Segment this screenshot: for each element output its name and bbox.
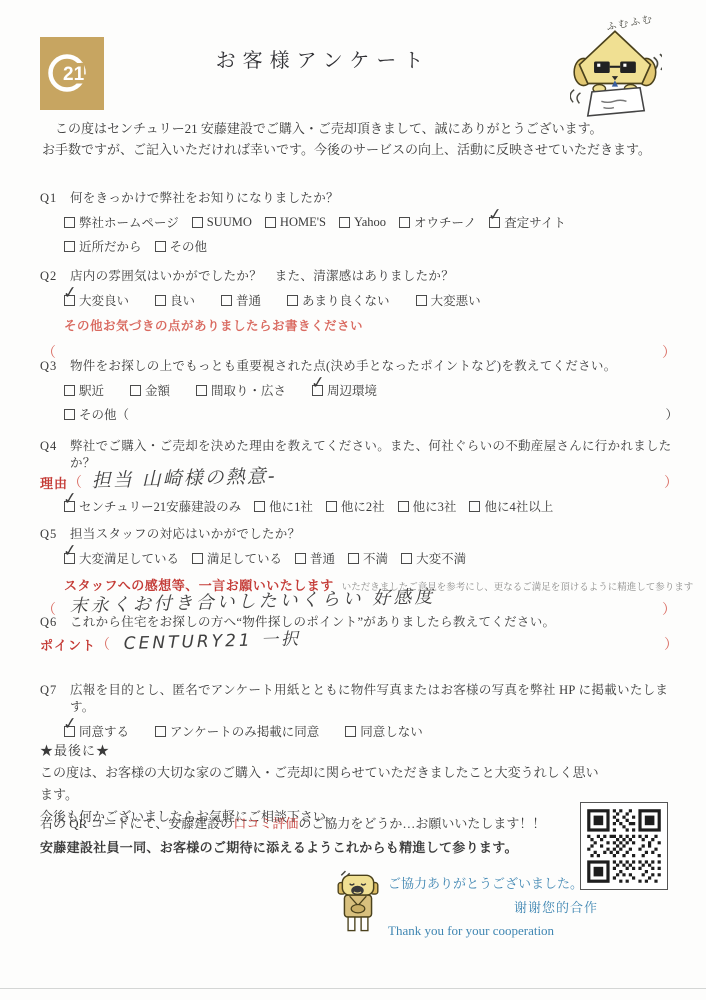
open-paren: （ — [117, 405, 130, 423]
checkbox[interactable] — [399, 217, 410, 228]
thanks-block: ご協力ありがとうございました。 谢谢您的合作 Thank you for you… — [388, 872, 598, 943]
option-3-other[interactable]: 他に3社 — [398, 497, 457, 515]
option-label: Yahoo — [354, 215, 386, 230]
option-suumo[interactable]: SUUMO — [192, 213, 252, 231]
option-price[interactable]: 金額 — [130, 381, 170, 399]
question-q4: Q4 弊社でご購入・ご売却を決めた理由を教えてください。また、何社ぐらいの不動産… — [40, 438, 678, 515]
option-layout[interactable]: 間取り・広さ — [196, 381, 286, 399]
checkbox[interactable] — [312, 385, 323, 396]
option-near-station[interactable]: 駅近 — [64, 381, 104, 399]
thanks-english: Thank you for your cooperation — [388, 919, 598, 943]
question-number: Q4 — [40, 438, 70, 472]
option-not-so-good[interactable]: あまり良くない — [287, 291, 390, 309]
option-surroundings[interactable]: 周辺環境 — [312, 381, 377, 399]
option-label: 同意する — [79, 722, 129, 740]
intro-paragraph: この度はセンチュリー21 安藤建設でご購入・ご売却頂きまして、誠にありがとうござ… — [42, 118, 672, 160]
checkbox[interactable] — [64, 295, 75, 306]
option-label: 大変不満 — [416, 549, 466, 567]
close-paren: ） — [664, 637, 678, 655]
checkbox[interactable] — [155, 241, 166, 252]
qr-line-pre: 右の QR コードにて、安藤建設の — [40, 816, 233, 831]
option-homes[interactable]: HOME'S — [265, 213, 326, 231]
option-very-dissatisfied[interactable]: 大変不満 — [401, 549, 466, 567]
option-label: 普通 — [310, 549, 335, 567]
review-highlight: 口コミ評価 — [233, 816, 298, 831]
option-very-bad[interactable]: 大変悪い — [416, 291, 481, 309]
question-text: 広報を目的とし、匿名でアンケート用紙とともに物件写真またはお客様の写真を弊社 H… — [70, 682, 678, 716]
question-text: 何をきっかけで弊社をお知りになりましたか？ — [70, 190, 339, 207]
point-field: ポイント （ CENTURY21 一択 ） — [40, 637, 678, 655]
point-label: ポイント — [40, 637, 96, 655]
option-disagree[interactable]: 同意しない — [345, 722, 423, 740]
question-text: 担当スタッフの対応はいかがでしたか？ — [70, 526, 300, 543]
option-label: 査定サイト — [504, 213, 566, 231]
close-paren: ） — [664, 475, 678, 493]
checkbox[interactable] — [345, 726, 356, 737]
option-label: 弊社ホームページ — [79, 213, 179, 231]
question-number: Q3 — [40, 358, 70, 375]
reason-field: 理由 （ 担当 山崎様の熱意- ） — [40, 475, 678, 493]
option-label: あまり良くない — [302, 291, 390, 309]
checkbox[interactable] — [348, 553, 359, 564]
question-text: 物件をお探しの上でもっとも重要視された点(決め手となったポイントなど)を教えてく… — [70, 358, 617, 375]
option-normal[interactable]: 普通 — [221, 291, 261, 309]
thanks-chinese: 谢谢您的合作 — [388, 896, 598, 920]
option-yahoo[interactable]: Yahoo — [339, 213, 386, 231]
option-label: 間取り・広さ — [211, 381, 286, 399]
option-label: 同意しない — [360, 722, 423, 740]
checkbox[interactable] — [192, 217, 203, 228]
option-dissatisfied[interactable]: 不満 — [348, 549, 388, 567]
option-label: 満足している — [207, 549, 282, 567]
checkbox[interactable] — [64, 501, 75, 512]
option-label: その他 — [170, 237, 208, 255]
option-good[interactable]: 良い — [155, 291, 195, 309]
question-q2: Q2 店内の雰囲気はいかがでしたか？ また、清潔感はありましたか？ 大変良い 良… — [40, 268, 678, 362]
survey-scan-page: 21 お客様アンケート ふむふむ この度はセンチュリー2 — [0, 0, 706, 1000]
option-satisfied[interactable]: 満足している — [192, 549, 282, 567]
option-century21-only[interactable]: センチュリー21安藤建設のみ — [64, 497, 241, 515]
question-q6: Q6 これから住宅をお探しの方へ“物件探しのポイント”がありましたら教えてくださ… — [40, 614, 678, 655]
close-paren: ） — [665, 405, 678, 423]
checkbox[interactable] — [398, 501, 409, 512]
dog-bowing-icon — [334, 868, 382, 934]
checkbox[interactable] — [64, 241, 75, 252]
checkbox[interactable] — [64, 553, 75, 564]
checkbox[interactable] — [401, 553, 412, 564]
option-label: オウチーノ — [414, 213, 476, 231]
option-label: センチュリー21安藤建設のみ — [79, 497, 241, 515]
checkbox[interactable] — [489, 217, 500, 228]
closing-heading: ★最後に★ — [40, 740, 600, 762]
qr-request-line: 右の QR コードにて、安藤建設の口コミ評価のご協力をどうか…お願いいたします！… — [40, 812, 580, 836]
checkbox[interactable] — [155, 726, 166, 737]
option-label: 不満 — [363, 549, 388, 567]
option-agree[interactable]: 同意する — [64, 722, 129, 740]
closing-line-1: この度は、お客様の大切な家のご購入・ご売却に関らせていただきましたこと大変うれし… — [40, 762, 600, 806]
option-label: 大変満足している — [79, 549, 179, 567]
option-label: 他に1社 — [269, 497, 313, 515]
option-label: SUUMO — [207, 215, 252, 230]
checkbox[interactable] — [326, 501, 337, 512]
option-label: 他に4社以上 — [484, 497, 553, 515]
option-normal[interactable]: 普通 — [295, 549, 335, 567]
checkbox[interactable] — [469, 501, 480, 512]
free-comment-prompt: その他お気づきの点がありましたらお書きください — [40, 316, 678, 334]
checkbox[interactable] — [287, 295, 298, 306]
scan-artifact-line — [0, 988, 706, 989]
checkbox[interactable] — [339, 217, 350, 228]
option-satei-site[interactable]: 査定サイト — [489, 213, 566, 231]
checkbox[interactable] — [64, 217, 75, 228]
checkbox[interactable] — [416, 295, 427, 306]
question-number: Q7 — [40, 682, 70, 716]
qr-line-post: のご協力をどうか…お願いいたします！！ — [298, 816, 545, 831]
option-ouchino[interactable]: オウチーノ — [399, 213, 476, 231]
option-label: 大変悪い — [431, 291, 481, 309]
question-number: Q1 — [40, 190, 70, 207]
option-label: 近所だから — [79, 237, 142, 255]
checkbox[interactable] — [221, 295, 232, 306]
checkbox[interactable] — [295, 553, 306, 564]
open-paren: （ — [96, 637, 110, 655]
page-title: お客様アンケート — [0, 44, 646, 73]
staff-pledge-line: 安藤建設社員一同、お客様のご期待に添えるようこれからも精進して参ります。 — [40, 836, 580, 860]
option-label: 他に3社 — [413, 497, 457, 515]
option-label: 普通 — [236, 291, 261, 309]
intro-line-1: この度はセンチュリー21 安藤建設でご購入・ご売却頂きまして、誠にありがとうござ… — [42, 118, 672, 139]
question-q7: Q7 広報を目的とし、匿名でアンケート用紙とともに物件写真またはお客様の写真を弊… — [40, 682, 678, 740]
checkbox[interactable] — [64, 409, 75, 420]
option-2-other[interactable]: 他に2社 — [326, 497, 385, 515]
question-q1: Q1 何をきっかけで弊社をお知りになりましたか？ 弊社ホームページ SUUMO … — [40, 190, 678, 255]
option-label: その他 — [79, 405, 117, 423]
checkbox[interactable] — [265, 217, 276, 228]
question-text: 店内の雰囲気はいかがでしたか？ また、清潔感はありましたか？ — [70, 268, 454, 285]
option-label: 他に2社 — [341, 497, 385, 515]
checkbox[interactable] — [64, 385, 75, 396]
option-other-with-field[interactable]: その他 （ ） — [40, 405, 678, 423]
option-label: HOME'S — [280, 215, 326, 230]
thanks-japanese: ご協力ありがとうございました。 — [388, 872, 598, 896]
option-very-good[interactable]: 大変良い — [64, 291, 129, 309]
option-very-satisfied[interactable]: 大変満足している — [64, 549, 179, 567]
checkbox[interactable] — [130, 385, 141, 396]
option-label: 良い — [170, 291, 195, 309]
checkbox[interactable] — [64, 726, 75, 737]
option-1-other[interactable]: 他に1社 — [254, 497, 313, 515]
checkbox[interactable] — [192, 553, 203, 564]
option-survey-only[interactable]: アンケートのみ掲載に同意 — [155, 722, 319, 740]
option-label: 周辺環境 — [327, 381, 377, 399]
option-label: アンケートのみ掲載に同意 — [170, 722, 319, 740]
question-number: Q6 — [40, 614, 70, 631]
checkbox[interactable] — [196, 385, 207, 396]
option-company-homepage[interactable]: 弊社ホームページ — [64, 213, 179, 231]
dog-reading-icon — [570, 26, 662, 120]
option-label: 金額 — [145, 381, 170, 399]
option-other[interactable]: その他 — [155, 237, 208, 255]
qr-request-paragraph: 右の QR コードにて、安藤建設の口コミ評価のご協力をどうか…お願いいたします！… — [40, 812, 580, 860]
option-label: 大変良い — [79, 291, 129, 309]
checkbox[interactable] — [155, 295, 166, 306]
question-q3: Q3 物件をお探しの上でもっとも重要視された点(決め手となったポイントなど)を教… — [40, 358, 678, 423]
intro-line-2: お手数ですが、ご記入いただければ幸いです。今後のサービスの向上、活動に反映させて… — [42, 139, 672, 160]
option-neighborhood[interactable]: 近所だから — [64, 237, 142, 255]
option-4plus-other[interactable]: 他に4社以上 — [469, 497, 553, 515]
option-label: 駅近 — [79, 381, 104, 399]
question-q5: Q5 担当スタッフの対応はいかがでしたか？ 大変満足している 満足している 普通… — [40, 526, 678, 619]
checkbox[interactable] — [254, 501, 265, 512]
